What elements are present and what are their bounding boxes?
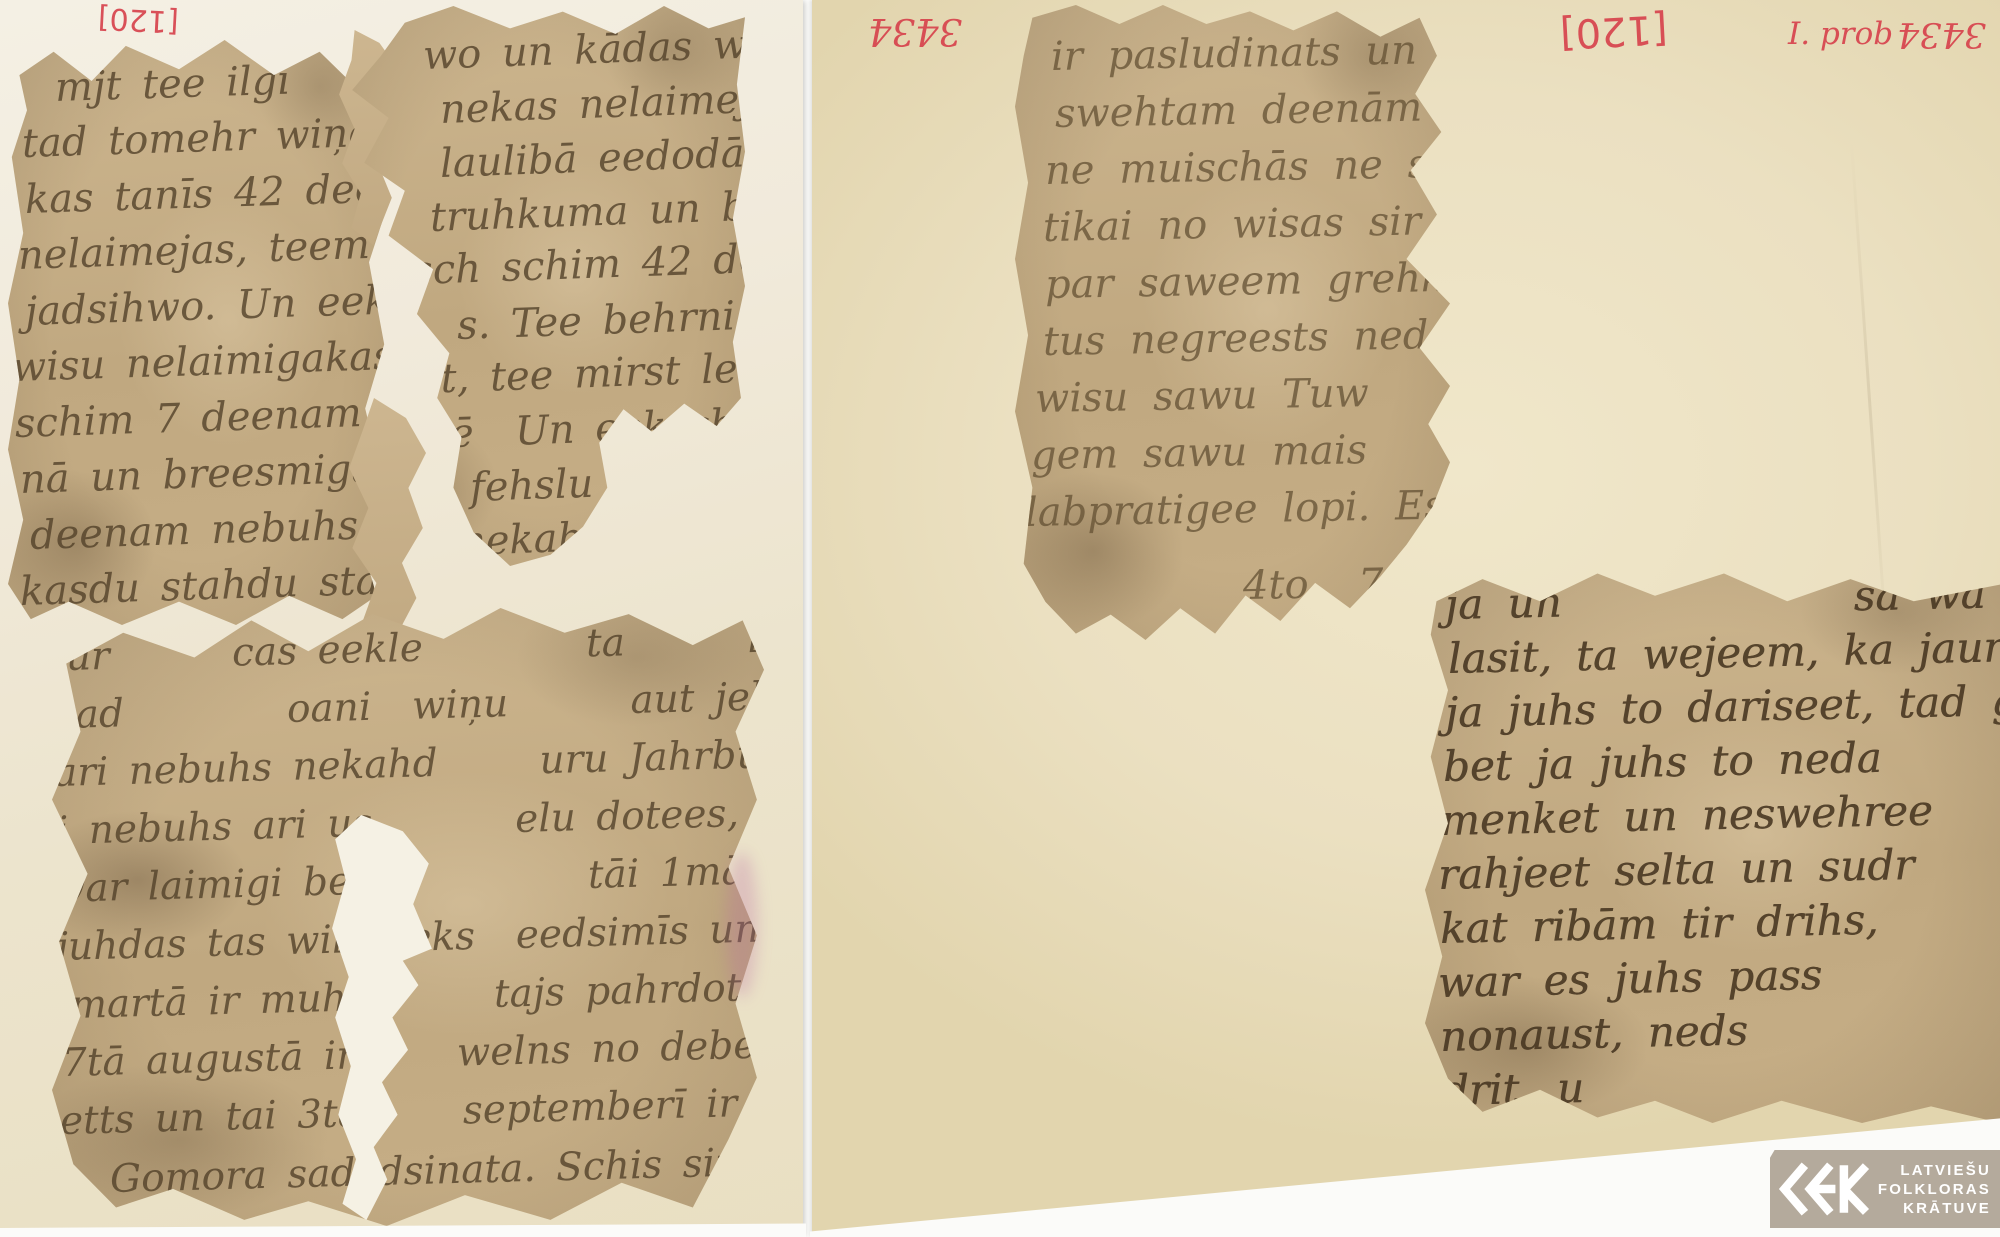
- handwriting-line: kat ribām tir drihs,: [1440, 899, 1879, 950]
- handwriting-line: juhdas tas wiltneeks eedsimīs un tai 3sc…: [55, 905, 943, 967]
- archive-number: 3434: [1897, 14, 1986, 54]
- archive-page-number-left: [120]: [97, 0, 179, 39]
- handwriting-line: wo un kādas wiņ: [422, 23, 786, 76]
- ink-stain: [726, 852, 758, 998]
- handwriting-line: truhkuma un behdān: [429, 183, 872, 238]
- manuscript-scan: mjt tee ilgitad tomehr wiņeeņkas tanīs 4…: [0, 0, 2000, 1237]
- lfk-logo: LATVIEŠU FOLKLORAS KRĀTUVE: [1770, 1150, 2000, 1228]
- lfk-monogram-icon: [1776, 1155, 1878, 1223]
- archive-item-number-left: 3434: [868, 10, 962, 53]
- handwriting-line: tikai no wisas sir: [1043, 201, 1422, 248]
- handwriting-line: menket un neswehree: [1440, 790, 1934, 842]
- handwriting-line: rahjeet selta un sudr: [1438, 844, 1915, 896]
- handwriting-line: kasdu stahdu stah: [19, 560, 405, 612]
- archive-prefix: I. prob: [1788, 16, 1893, 52]
- archive-item-number-right: I. prob 3434: [1788, 14, 1986, 54]
- handwriting-line: swehtam deenām: [1055, 88, 1423, 134]
- paper-fragment-left-top-left: mjt tee ilgitad tomehr wiņeeņkas tanīs 4…: [8, 40, 388, 625]
- handwriting-line: tus negreests neds: [1043, 315, 1450, 362]
- handwriting-line: ja juhs to dariseet, tad gri: [1445, 679, 2000, 734]
- handwriting-line: wisu nelaimigakas: [11, 336, 394, 388]
- lfk-logo-text: LATVIEŠU FOLKLORAS KRĀTUVE: [1878, 1161, 2000, 1218]
- handwriting-line: labpratigee lopi. Es: [1025, 486, 1445, 533]
- lfk-logo-line: FOLKLORAS: [1878, 1180, 1991, 1199]
- handwriting-line: nonaust, neds: [1440, 1010, 1749, 1058]
- handwriting-line: war es juhs pass: [1438, 954, 1823, 1004]
- handwriting-line: ne muischās ne s: [1045, 144, 1429, 191]
- handwriting-line: wisu sawu Tuw: [1035, 373, 1369, 419]
- paper-fragment-right-bottom: ja un sa wa lulasit, ta wejeem, ka jaune…: [1425, 568, 2000, 1123]
- handwriting-line: nā un breesmigā: [19, 449, 375, 500]
- handwriting-line: kas tanīs 42 deen: [24, 168, 404, 220]
- paper-fragment-right-top: ir pasludinats unswehtam deenāmne muisch…: [1015, 5, 1450, 640]
- handwriting-line: ir pasludinats un: [1051, 31, 1418, 77]
- lfk-logo-line: KRĀTUVE: [1878, 1199, 1991, 1218]
- archive-page-number-right: [120]: [1559, 5, 1669, 57]
- handwriting-line: lasit, ta wejeem, ka jaune: [1448, 626, 2000, 680]
- handwriting-line: bet ja juhs to neda: [1443, 737, 1883, 788]
- lfk-logo-line: LATVIEŠU: [1878, 1161, 1991, 1180]
- handwriting-line: gem sawu mais: [1031, 430, 1368, 476]
